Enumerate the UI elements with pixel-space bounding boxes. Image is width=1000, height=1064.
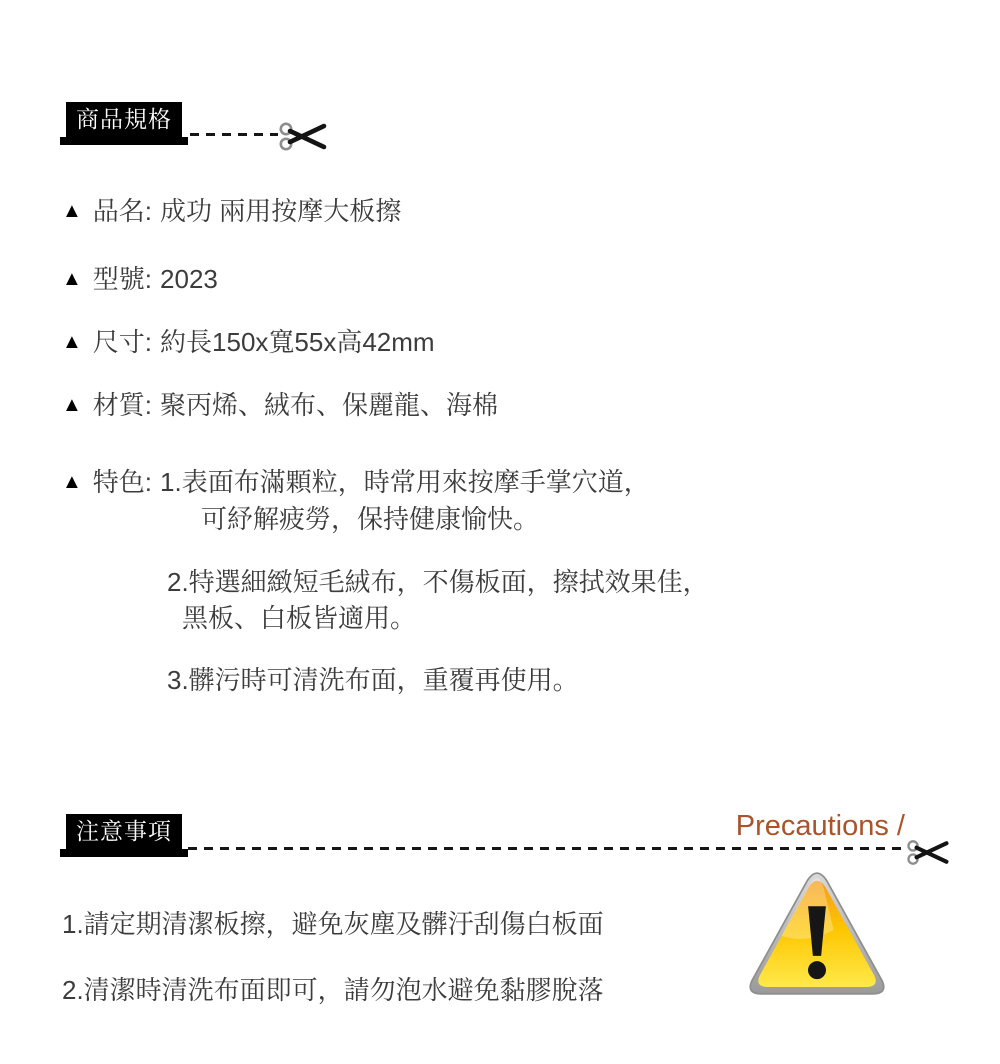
spec-row-name-label: 品名:: [93, 195, 152, 228]
precaution-note-2: 2.清潔時清洗布面即可，請勿泡水避免黏膠脫落: [62, 974, 604, 1007]
scissors-icon: [278, 120, 328, 153]
cut-dashed-line-top: [190, 133, 278, 136]
spec-row-model-value: 2023: [160, 263, 218, 296]
feature-2-line-1: 2.特選細緻短毛絨布，不傷板面，擦拭效果佳，: [167, 566, 709, 599]
spec-row-model: ▲ 型號: 2023: [62, 263, 218, 296]
spec-section-label: 商品規格: [66, 102, 182, 138]
spec-row-material: ▲ 材質: 聚丙烯、絨布、保麗龍、海棉: [62, 389, 498, 422]
feature-1-line-2: 可紓解疲勞，保持健康愉快。: [201, 503, 539, 536]
scissors-icon: [906, 836, 950, 869]
spec-row-model-label: 型號:: [93, 263, 152, 296]
spec-row-features: ▲ 特色: 1.表面布滿顆粒，時常用來按摩手掌穴道，: [62, 466, 650, 499]
warning-triangle-icon: [746, 870, 888, 1004]
product-spec-page: 商品規格 ▲ 品名: 成功 兩用按摩大板擦 ▲ 型號: 2023 ▲ 尺寸: 約…: [0, 0, 1000, 1064]
precautions-section-label: 注意事項: [66, 814, 182, 850]
triangle-bullet-icon: ▲: [62, 332, 82, 352]
precautions-title-en: Precautions /: [736, 812, 905, 841]
spec-section-label-text: 商品規格: [76, 106, 172, 132]
triangle-bullet-icon: ▲: [62, 395, 82, 415]
feature-3-line-1: 3.髒污時可清洗布面，重覆再使用。: [167, 664, 579, 697]
spec-row-size-value: 約長150x寬55x高42mm: [160, 326, 435, 359]
spec-row-material-label: 材質:: [93, 389, 152, 422]
triangle-bullet-icon: ▲: [62, 472, 82, 492]
triangle-bullet-icon: ▲: [62, 201, 82, 221]
spec-row-features-label: 特色:: [93, 466, 152, 499]
precautions-section-label-text: 注意事項: [76, 818, 172, 844]
spec-row-name-value: 成功 兩用按摩大板擦: [160, 195, 401, 228]
spec-row-material-value: 聚丙烯、絨布、保麗龍、海棉: [160, 389, 498, 422]
feature-1-line-1: 1.表面布滿顆粒，時常用來按摩手掌穴道，: [160, 466, 650, 499]
cut-dashed-line-bottom: [188, 847, 908, 850]
spec-row-size-label: 尺寸:: [93, 326, 152, 359]
feature-2-line-2: 黑板、白板皆適用。: [182, 602, 416, 635]
spec-row-name: ▲ 品名: 成功 兩用按摩大板擦: [62, 195, 401, 228]
triangle-bullet-icon: ▲: [62, 269, 82, 289]
spec-row-size: ▲ 尺寸: 約長150x寬55x高42mm: [62, 326, 435, 359]
precaution-note-1: 1.請定期清潔板擦，避免灰塵及髒汙刮傷白板面: [62, 908, 604, 941]
